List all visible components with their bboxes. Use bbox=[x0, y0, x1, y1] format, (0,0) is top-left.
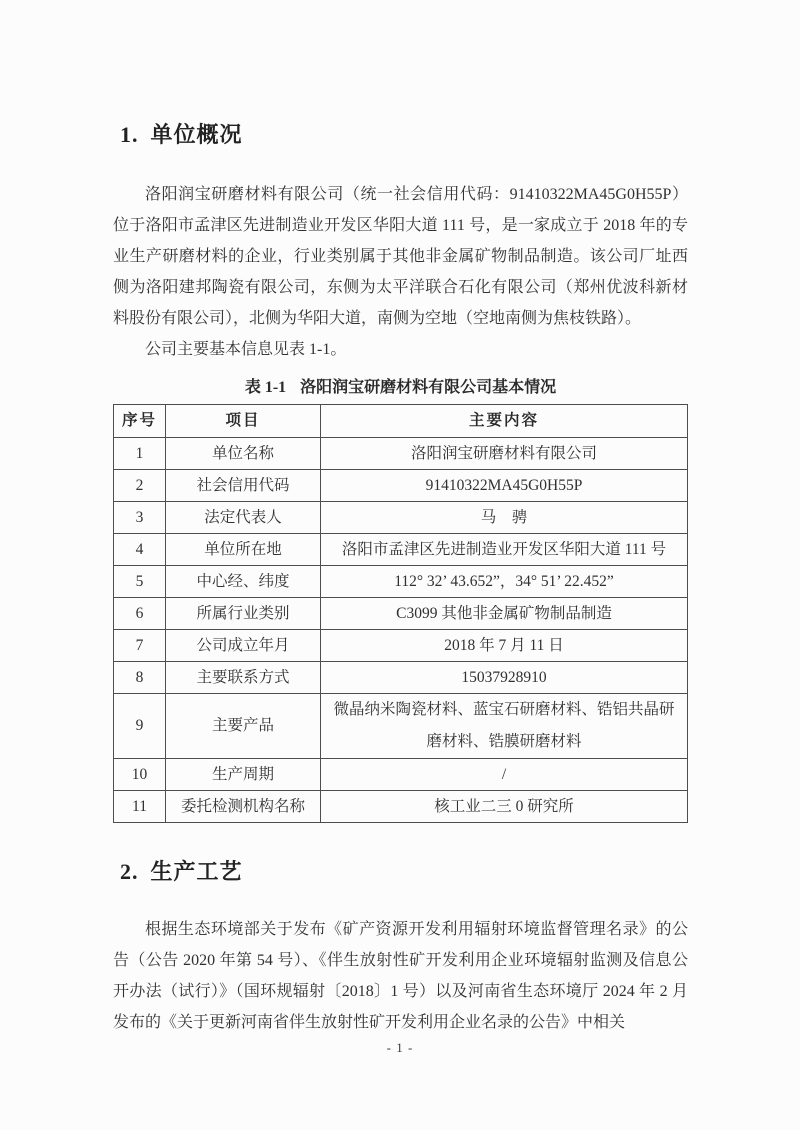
cell-content: 91410322MA45G0H55P bbox=[321, 470, 688, 502]
cell-index: 11 bbox=[114, 791, 166, 823]
cell-content: 15037928910 bbox=[321, 662, 688, 694]
cell-content: C3099 其他非金属矿物制品制造 bbox=[321, 598, 688, 630]
paragraph-see-table: 公司主要基本信息见表 1-1。 bbox=[113, 334, 688, 365]
cell-content: 马 骋 bbox=[321, 502, 688, 534]
table-row: 7 公司成立年月 2018 年 7 月 11 日 bbox=[114, 630, 688, 662]
cell-content: / bbox=[321, 759, 688, 791]
cell-index: 9 bbox=[114, 694, 166, 759]
cell-item: 委托检测机构名称 bbox=[166, 791, 321, 823]
section-1-number: 1. bbox=[120, 122, 139, 147]
header-item: 项目 bbox=[166, 405, 321, 438]
table-row: 4 单位所在地 洛阳市孟津区先进制造业开发区华阳大道 111 号 bbox=[114, 534, 688, 566]
cell-item: 单位所在地 bbox=[166, 534, 321, 566]
cell-index: 5 bbox=[114, 566, 166, 598]
cell-item: 社会信用代码 bbox=[166, 470, 321, 502]
cell-content: 2018 年 7 月 11 日 bbox=[321, 630, 688, 662]
cell-content: 洛阳润宝研磨材料有限公司 bbox=[321, 438, 688, 470]
table-row: 10 生产周期 / bbox=[114, 759, 688, 791]
paragraph-regulation-basis: 根据生态环境部关于发布《矿产资源开发利用辐射环境监督管理名录》的公告（公告 20… bbox=[113, 914, 688, 1038]
cell-item: 所属行业类别 bbox=[166, 598, 321, 630]
paragraph-company-intro: 洛阳润宝研磨材料有限公司（统一社会信用代码：91410322MA45G0H55P… bbox=[113, 179, 688, 334]
cell-index: 4 bbox=[114, 534, 166, 566]
table-caption: 表 1-1洛阳润宝研磨材料有限公司基本情况 bbox=[113, 374, 688, 397]
section-2-heading: 2.生产工艺 bbox=[113, 855, 688, 886]
table-header-row: 序号 项目 主要内容 bbox=[114, 405, 688, 438]
cell-item: 中心经、纬度 bbox=[166, 566, 321, 598]
basic-info-table: 序号 项目 主要内容 1 单位名称 洛阳润宝研磨材料有限公司 2 社会信用代码 … bbox=[113, 404, 688, 823]
cell-item: 法定代表人 bbox=[166, 502, 321, 534]
cell-content: 洛阳市孟津区先进制造业开发区华阳大道 111 号 bbox=[321, 534, 688, 566]
table-row: 1 单位名称 洛阳润宝研磨材料有限公司 bbox=[114, 438, 688, 470]
table-row: 2 社会信用代码 91410322MA45G0H55P bbox=[114, 470, 688, 502]
cell-item: 公司成立年月 bbox=[166, 630, 321, 662]
table-caption-number: 表 1-1 bbox=[245, 379, 286, 396]
section-1-title: 单位概况 bbox=[151, 122, 243, 147]
table-row: 3 法定代表人 马 骋 bbox=[114, 502, 688, 534]
section-1-heading: 1.单位概况 bbox=[113, 118, 688, 149]
table-row: 8 主要联系方式 15037928910 bbox=[114, 662, 688, 694]
cell-index: 2 bbox=[114, 470, 166, 502]
header-content: 主要内容 bbox=[321, 405, 688, 438]
cell-index: 3 bbox=[114, 502, 166, 534]
cell-index: 6 bbox=[114, 598, 166, 630]
table-row: 6 所属行业类别 C3099 其他非金属矿物制品制造 bbox=[114, 598, 688, 630]
cell-content: 核工业二三 0 研究所 bbox=[321, 791, 688, 823]
cell-item: 生产周期 bbox=[166, 759, 321, 791]
cell-content: 112° 32’ 43.652”，34° 51’ 22.452” bbox=[321, 566, 688, 598]
table-row: 11 委托检测机构名称 核工业二三 0 研究所 bbox=[114, 791, 688, 823]
cell-item: 单位名称 bbox=[166, 438, 321, 470]
section-2-title: 生产工艺 bbox=[151, 859, 243, 884]
cell-index: 1 bbox=[114, 438, 166, 470]
table-row: 9 主要产品 微晶纳米陶瓷材料、蓝宝石研磨材料、锆铝共晶研磨材料、锆膜研磨材料 bbox=[114, 694, 688, 759]
table-caption-title: 洛阳润宝研磨材料有限公司基本情况 bbox=[300, 379, 556, 396]
cell-item: 主要产品 bbox=[166, 694, 321, 759]
page-number: - 1 - bbox=[0, 1040, 800, 1056]
section-2-number: 2. bbox=[120, 859, 139, 884]
cell-index: 10 bbox=[114, 759, 166, 791]
cell-index: 8 bbox=[114, 662, 166, 694]
header-index: 序号 bbox=[114, 405, 166, 438]
document-page: 1.单位概况 洛阳润宝研磨材料有限公司（统一社会信用代码：91410322MA4… bbox=[113, 0, 688, 1130]
cell-content: 微晶纳米陶瓷材料、蓝宝石研磨材料、锆铝共晶研磨材料、锆膜研磨材料 bbox=[321, 694, 688, 759]
cell-index: 7 bbox=[114, 630, 166, 662]
cell-item: 主要联系方式 bbox=[166, 662, 321, 694]
table-row: 5 中心经、纬度 112° 32’ 43.652”，34° 51’ 22.452… bbox=[114, 566, 688, 598]
